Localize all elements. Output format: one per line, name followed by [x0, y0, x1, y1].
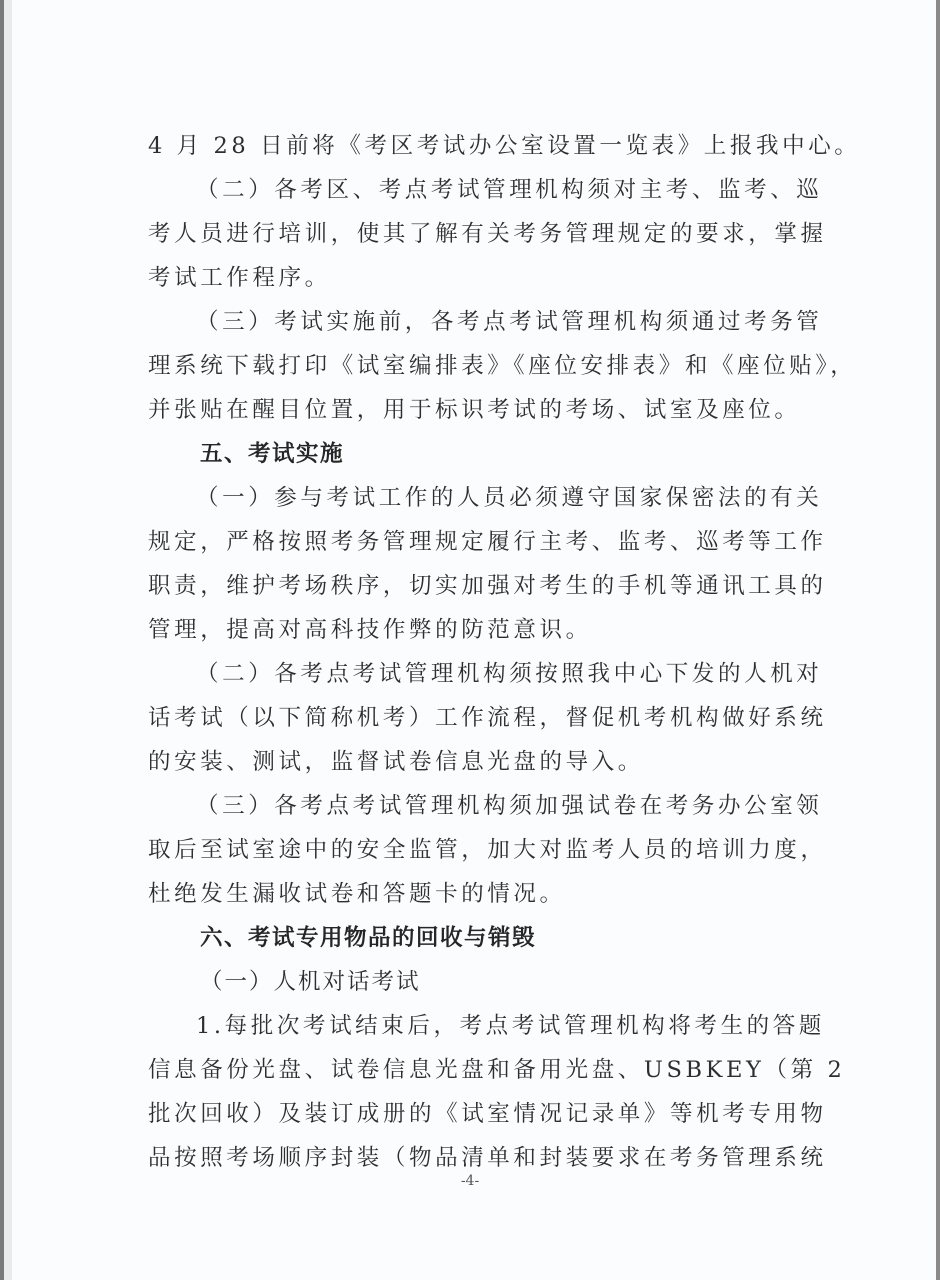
paragraph-line: 理系统下载打印《试室编排表》《座位安排表》和《座位贴》，	[148, 344, 808, 388]
paragraph-line: 信息备份光盘、试卷信息光盘和备用光盘、USBKEY（第 2	[148, 1048, 808, 1092]
paragraph-line: 规定，严格按照考务管理规定履行主考、监考、巡考等工作	[148, 520, 808, 564]
paragraph-line: （二）各考区、考点考试管理机构须对主考、监考、巡	[148, 168, 808, 212]
paragraph-line: 考试工作程序。	[148, 256, 808, 300]
page-number: -4-	[0, 1173, 940, 1189]
photo-right-border	[936, 0, 940, 1280]
paragraph-line: （三）考试实施前，各考点考试管理机构须通过考务管	[148, 300, 808, 344]
paragraph-line: （二）各考点考试管理机构须按照我中心下发的人机对	[148, 652, 808, 696]
paragraph-line: 1.每批次考试结束后，考点考试管理机构将考生的答题	[148, 1004, 808, 1048]
paragraph-line: 杜绝发生漏收试卷和答题卡的情况。	[148, 872, 808, 916]
paragraph-line: （三）各考点考试管理机构须加强试卷在考务办公室领	[148, 784, 808, 828]
paragraph-line: 批次回收）及装订成册的《试室情况记录单》等机考专用物	[148, 1092, 808, 1136]
paragraph-line: 考人员进行培训，使其了解有关考务管理规定的要求，掌握	[148, 212, 808, 256]
document-body: 4 月 28 日前将《考区考试办公室设置一览表》上报我中心。 （二）各考区、考点…	[148, 124, 808, 1180]
subsection-heading: （一）人机对话考试	[148, 960, 808, 1004]
section-heading-6: 六、考试专用物品的回收与销毁	[148, 916, 808, 960]
paragraph-line: 取后至试室途中的安全监管，加大对监考人员的培训力度，	[148, 828, 808, 872]
paragraph-line: 管理，提高对高科技作弊的防范意识。	[148, 608, 808, 652]
paragraph-line: 的安装、测试，监督试卷信息光盘的导入。	[148, 740, 808, 784]
paragraph-line: 职责，维护考场秩序，切实加强对考生的手机等通讯工具的	[148, 564, 808, 608]
continuation-line: 4 月 28 日前将《考区考试办公室设置一览表》上报我中心。	[148, 124, 808, 168]
paragraph-line: 话考试（以下简称机考）工作流程，督促机考机构做好系统	[148, 696, 808, 740]
paragraph-line: （一）参与考试工作的人员必须遵守国家保密法的有关	[148, 476, 808, 520]
photo-left-shadow	[4, 0, 12, 1280]
section-heading-5: 五、考试实施	[148, 432, 808, 476]
paragraph-line: 并张贴在醒目位置，用于标识考试的考场、试室及座位。	[148, 388, 808, 432]
